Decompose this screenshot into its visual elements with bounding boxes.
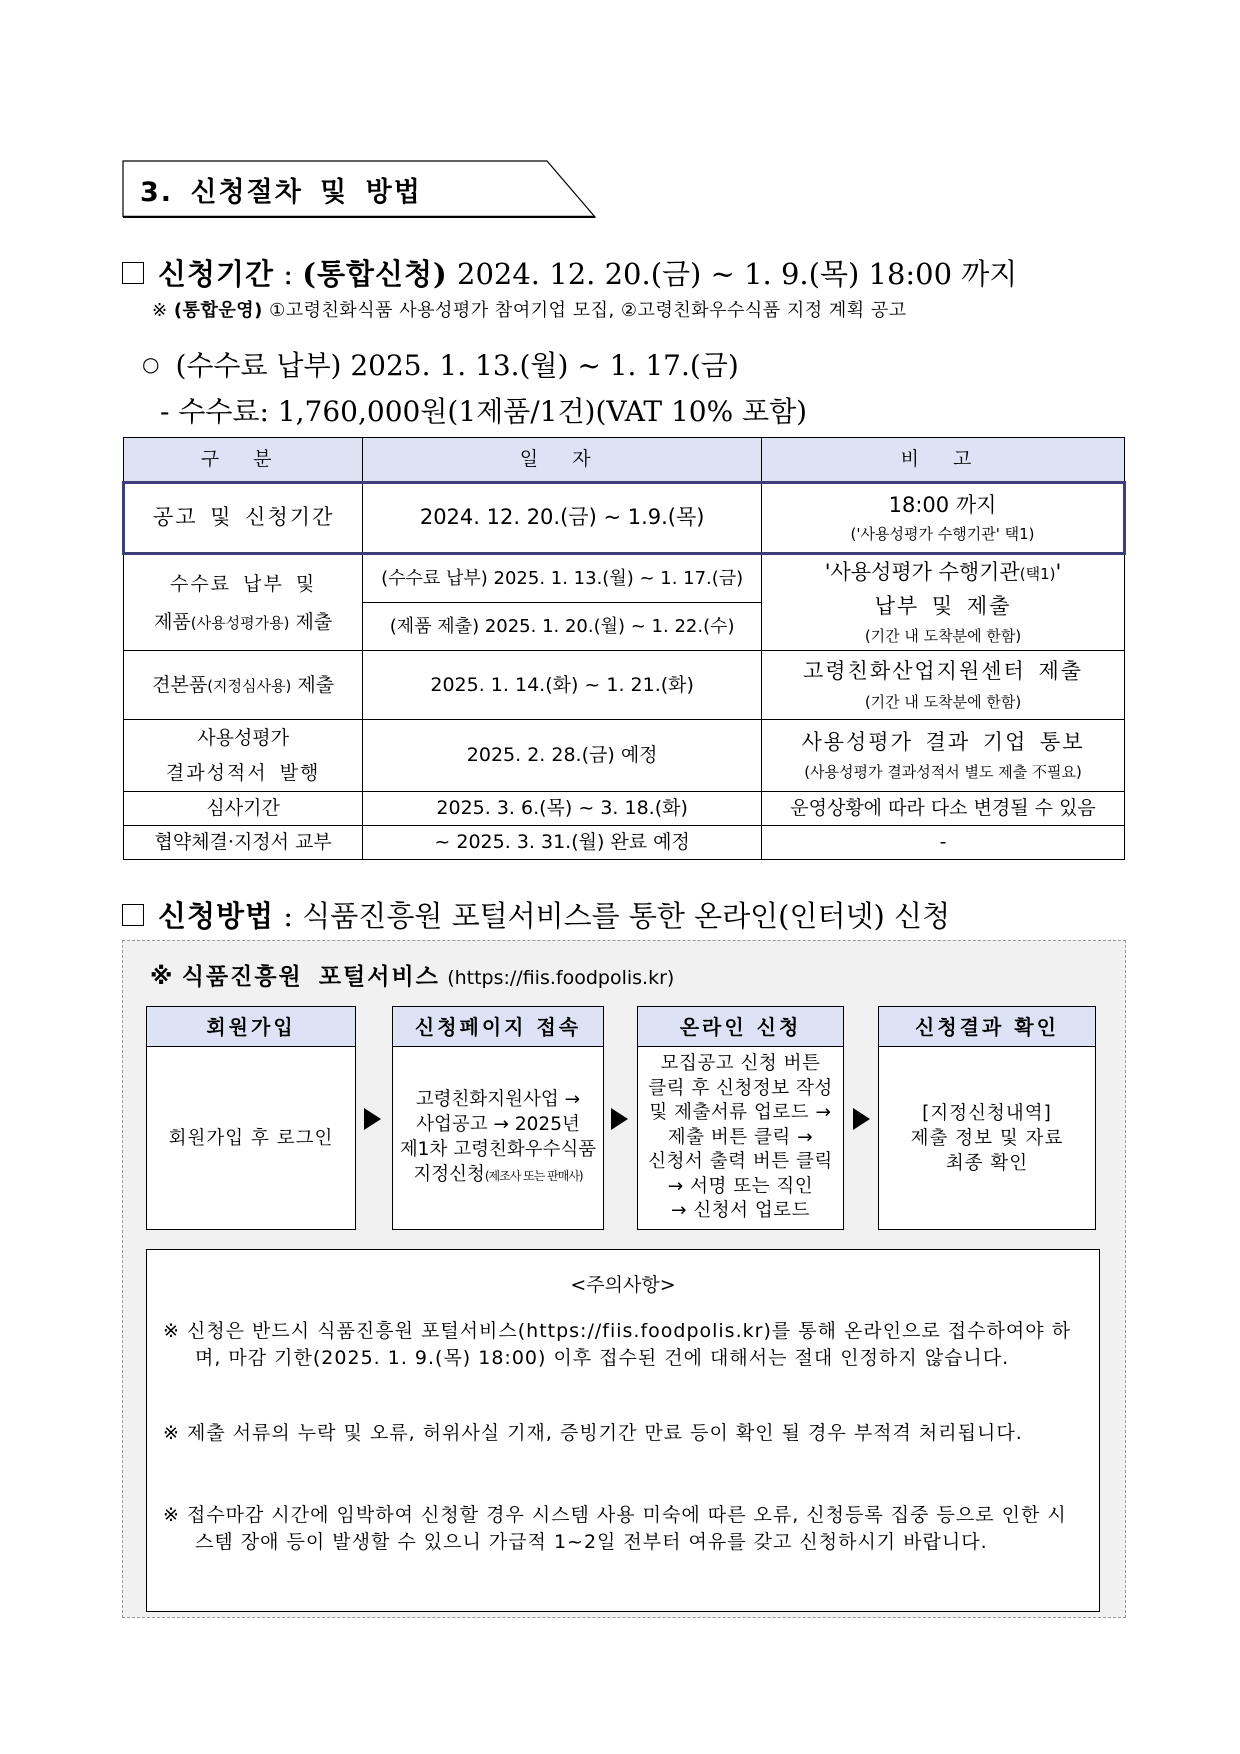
category-small: (지정심사용) (207, 677, 291, 695)
table-row-highlighted: 공고 및 신청기간 2024. 12. 20.(금) ~ 1.9.(목) 18:… (124, 483, 1125, 554)
remark-text: '사용성평가 수행기관 (825, 560, 1020, 584)
table-row: 견본품(지정심사용) 제출 2025. 1. 14.(화) ~ 1. 21.(화… (124, 651, 1125, 720)
category-line: 사용성평가 (128, 721, 358, 755)
schedule-table: 구 분 일 자 비 고 공고 및 신청기간 2024. 12. 20.(금) ~… (122, 437, 1126, 860)
period-type: (통합신청) (302, 257, 448, 291)
step-text: 최종 확인 (911, 1151, 1064, 1176)
step-text: 제출 정보 및 자료 (911, 1126, 1064, 1151)
table-header-row: 구 분 일 자 비 고 (124, 438, 1125, 483)
row-remark: 18:00 까지 ('사용성평가 수행기관' 택1) (762, 483, 1125, 554)
caution-item: ※ 제출 서류의 누락 및 오류, 허위사실 기재, 증빙기간 만료 등이 확인… (163, 1420, 1083, 1447)
header-category: 구 분 (124, 438, 363, 483)
row-remark: 운영상황에 따라 다소 변경될 수 있음 (762, 792, 1125, 826)
row-date: 2024. 12. 20.(금) ~ 1.9.(목) (363, 483, 762, 554)
period-dates: 2024. 12. 20.(금) ~ 1. 9.(목) 18:00 까지 (457, 257, 1017, 291)
remark-line: '사용성평가 수행기관(택1)' (766, 560, 1120, 585)
row-date: (제품 제출) 2025. 1. 20.(월) ~ 1. 22.(수) (363, 603, 762, 651)
period-note: ※ (통합운영) ①고령친화식품 사용성평가 참여기업 모집, ②고령친화우수식… (152, 296, 907, 322)
method-separator: : (283, 899, 293, 933)
remark-main: 사용성평가 결과 기업 통보 (766, 730, 1120, 755)
step-signup: 회원가입 회원가입 후 로그인 (146, 1006, 356, 1230)
step-text: 고령친화지원사업 → (400, 1087, 596, 1112)
step-title: 신청결과 확인 (879, 1007, 1095, 1047)
section-title-tab: 3. 신청절차 및 방법 (122, 160, 596, 218)
step-text: 모집공고 신청 버튼 (648, 1052, 832, 1077)
application-method-line: 신청방법 : 식품진흥원 포털서비스를 통한 온라인(인터넷) 신청 (122, 894, 950, 935)
method-label: 신청방법 (158, 899, 274, 933)
category-text: 제출 (297, 674, 334, 696)
application-period-line: 신청기간 : (통합신청) 2024. 12. 20.(금) ~ 1. 9.(목… (122, 252, 1017, 293)
step-online-apply: 온라인 신청 모집공고 신청 버튼 클릭 후 신청정보 작성 및 제출서류 업로… (637, 1006, 844, 1230)
step-text: 지정신청 (413, 1164, 484, 1185)
row-category: 견본품(지정심사용) 제출 (124, 651, 363, 720)
row-category: 사용성평가 결과성적서 발행 (124, 720, 363, 792)
remark-sub: (기간 내 도착분에 한함) (766, 693, 1120, 711)
row-date: 2025. 3. 6.(목) ~ 3. 18.(화) (363, 792, 762, 826)
step-body: [지정신청내역] 제출 정보 및 자료 최종 확인 (879, 1047, 1095, 1229)
row-date: 2025. 1. 14.(화) ~ 1. 21.(화) (363, 651, 762, 720)
period-note-text: ①고령친화식품 사용성평가 참여기업 모집, ②고령친화우수식품 지정 계획 공… (269, 300, 907, 321)
table-row: 수수료 납부 및 제품(사용성평가용) 제출 (수수료 납부) 2025. 1.… (124, 554, 1125, 603)
step-body: 모집공고 신청 버튼 클릭 후 신청정보 작성 및 제출서류 업로드 → 제출 … (638, 1047, 843, 1229)
step-text: [지정신청내역] (911, 1101, 1064, 1126)
portal-name: 식품진흥원 포털서비스 (182, 964, 440, 990)
remark-sub: ('사용성평가 수행기관' 택1) (766, 525, 1119, 543)
row-remark: - (762, 826, 1125, 860)
caution-item: ※ 신청은 반드시 식품진흥원 포털서비스(https://fiis.foodp… (163, 1318, 1083, 1372)
table-row: 협약체결·지정서 교부 ~ 2025. 3. 31.(월) 완료 예정 - (124, 826, 1125, 860)
portal-line: ※ 식품진흥원 포털서비스 (https://fiis.foodpolis.kr… (150, 958, 674, 991)
row-category: 심사기간 (124, 792, 363, 826)
category-small: (사용성평가용) (191, 614, 290, 632)
row-date: ~ 2025. 3. 31.(월) 완료 예정 (363, 826, 762, 860)
circle-bullet-icon: ○ (142, 352, 159, 376)
category-line: 수수료 납부 및 (128, 565, 358, 603)
step-small-text: (제조사 또는 판매사) (485, 1169, 583, 1183)
fee-amount-line: - 수수료: 1,760,000원(1제품/1건)(VAT 10% 포함) (160, 390, 807, 430)
category-text: 제품 (154, 611, 191, 633)
step-text: → 신청서 업로드 (648, 1199, 832, 1224)
period-separator: : (283, 257, 293, 291)
remark-sub: (기간 내 도착분에 한함) (766, 627, 1120, 645)
row-date: (수수료 납부) 2025. 1. 13.(월) ~ 1. 17.(금) (363, 554, 762, 603)
step-text: 제1차 고령친화우수식품 (400, 1137, 596, 1162)
caution-item: ※ 접수마감 시간에 임박하여 신청할 경우 시스템 사용 미숙에 따른 오류,… (163, 1502, 1083, 1556)
fee-payment-text: (수수료 납부) 2025. 1. 13.(월) ~ 1. 17.(금) (175, 349, 738, 382)
step-check-result: 신청결과 확인 [지정신청내역] 제출 정보 및 자료 최종 확인 (878, 1006, 1096, 1230)
portal-url-link[interactable]: (https://fiis.foodpolis.kr) (447, 967, 674, 989)
remark-main: 고령친화산업지원센터 제출 (766, 659, 1120, 684)
checkbox-icon (122, 904, 144, 926)
row-category: 공고 및 신청기간 (124, 483, 363, 554)
table-row: 사용성평가 결과성적서 발행 2025. 2. 28.(금) 예정 사용성평가 … (124, 720, 1125, 792)
remark-main: 18:00 까지 (766, 493, 1119, 518)
step-arrow-icon (853, 1108, 870, 1130)
row-remark: '사용성평가 수행기관(택1)' 납부 및 제출 (기간 내 도착분에 한함) (762, 554, 1125, 651)
period-note-bold: (통합운영) (174, 300, 263, 321)
remark-sub: (사용성평가 결과성적서 별도 제출 不필요) (766, 763, 1120, 781)
step-text: 회원가입 후 로그인 (169, 1126, 334, 1151)
step-arrow-icon (611, 1108, 628, 1130)
step-title: 온라인 신청 (638, 1007, 843, 1047)
remark-text: ' (1056, 560, 1062, 584)
row-remark: 고령친화산업지원센터 제출 (기간 내 도착분에 한함) (762, 651, 1125, 720)
header-remark: 비 고 (762, 438, 1125, 483)
caution-box: <주의사항> ※ 신청은 반드시 식품진흥원 포털서비스(https://fii… (146, 1249, 1100, 1612)
row-remark: 사용성평가 결과 기업 통보 (사용성평가 결과성적서 별도 제출 不필요) (762, 720, 1125, 792)
step-title: 회원가입 (147, 1007, 355, 1047)
remark-small: (택1) (1020, 565, 1056, 583)
category-line: 결과성적서 발행 (128, 756, 358, 790)
row-category: 수수료 납부 및 제품(사용성평가용) 제출 (124, 554, 363, 651)
fee-payment-line: ○(수수료 납부) 2025. 1. 13.(월) ~ 1. 17.(금) (142, 344, 739, 384)
method-text: 식품진흥원 포털서비스를 통한 온라인(인터넷) 신청 (302, 899, 950, 933)
category-text: 견본품 (152, 674, 207, 696)
category-text: 제출 (295, 611, 332, 633)
step-body: 회원가입 후 로그인 (147, 1047, 355, 1229)
row-category: 협약체결·지정서 교부 (124, 826, 363, 860)
step-text: 제출 버튼 클릭 → (648, 1126, 832, 1151)
table-row: 심사기간 2025. 3. 6.(목) ~ 3. 18.(화) 운영상황에 따라… (124, 792, 1125, 826)
step-text: 및 제출서류 업로드 → (648, 1101, 832, 1126)
category-line: 제품(사용성평가용) 제출 (128, 603, 358, 641)
header-date: 일 자 (363, 438, 762, 483)
remark-line: 납부 및 제출 (766, 594, 1120, 619)
step-text: 사업공고 → 2025년 (400, 1112, 596, 1137)
step-text: 신청서 출력 버튼 클릭 (648, 1150, 832, 1175)
section-title: 3. 신청절차 및 방법 (140, 170, 422, 209)
step-body: 고령친화지원사업 → 사업공고 → 2025년 제1차 고령친화우수식품 지정신… (393, 1047, 603, 1229)
step-title: 신청페이지 접속 (393, 1007, 603, 1047)
checkbox-icon (122, 262, 144, 284)
step-text: → 서명 또는 직인 (648, 1175, 832, 1200)
step-access-page: 신청페이지 접속 고령친화지원사업 → 사업공고 → 2025년 제1차 고령친… (392, 1006, 604, 1230)
period-label: 신청기간 (158, 257, 274, 291)
reference-mark-icon: ※ (152, 300, 168, 321)
caution-title: <주의사항> (147, 1270, 1099, 1297)
row-date: 2025. 2. 28.(금) 예정 (363, 720, 762, 792)
reference-mark-icon: ※ (150, 964, 174, 990)
step-text: 클릭 후 신청정보 작성 (648, 1077, 832, 1102)
step-arrow-icon (364, 1108, 381, 1130)
